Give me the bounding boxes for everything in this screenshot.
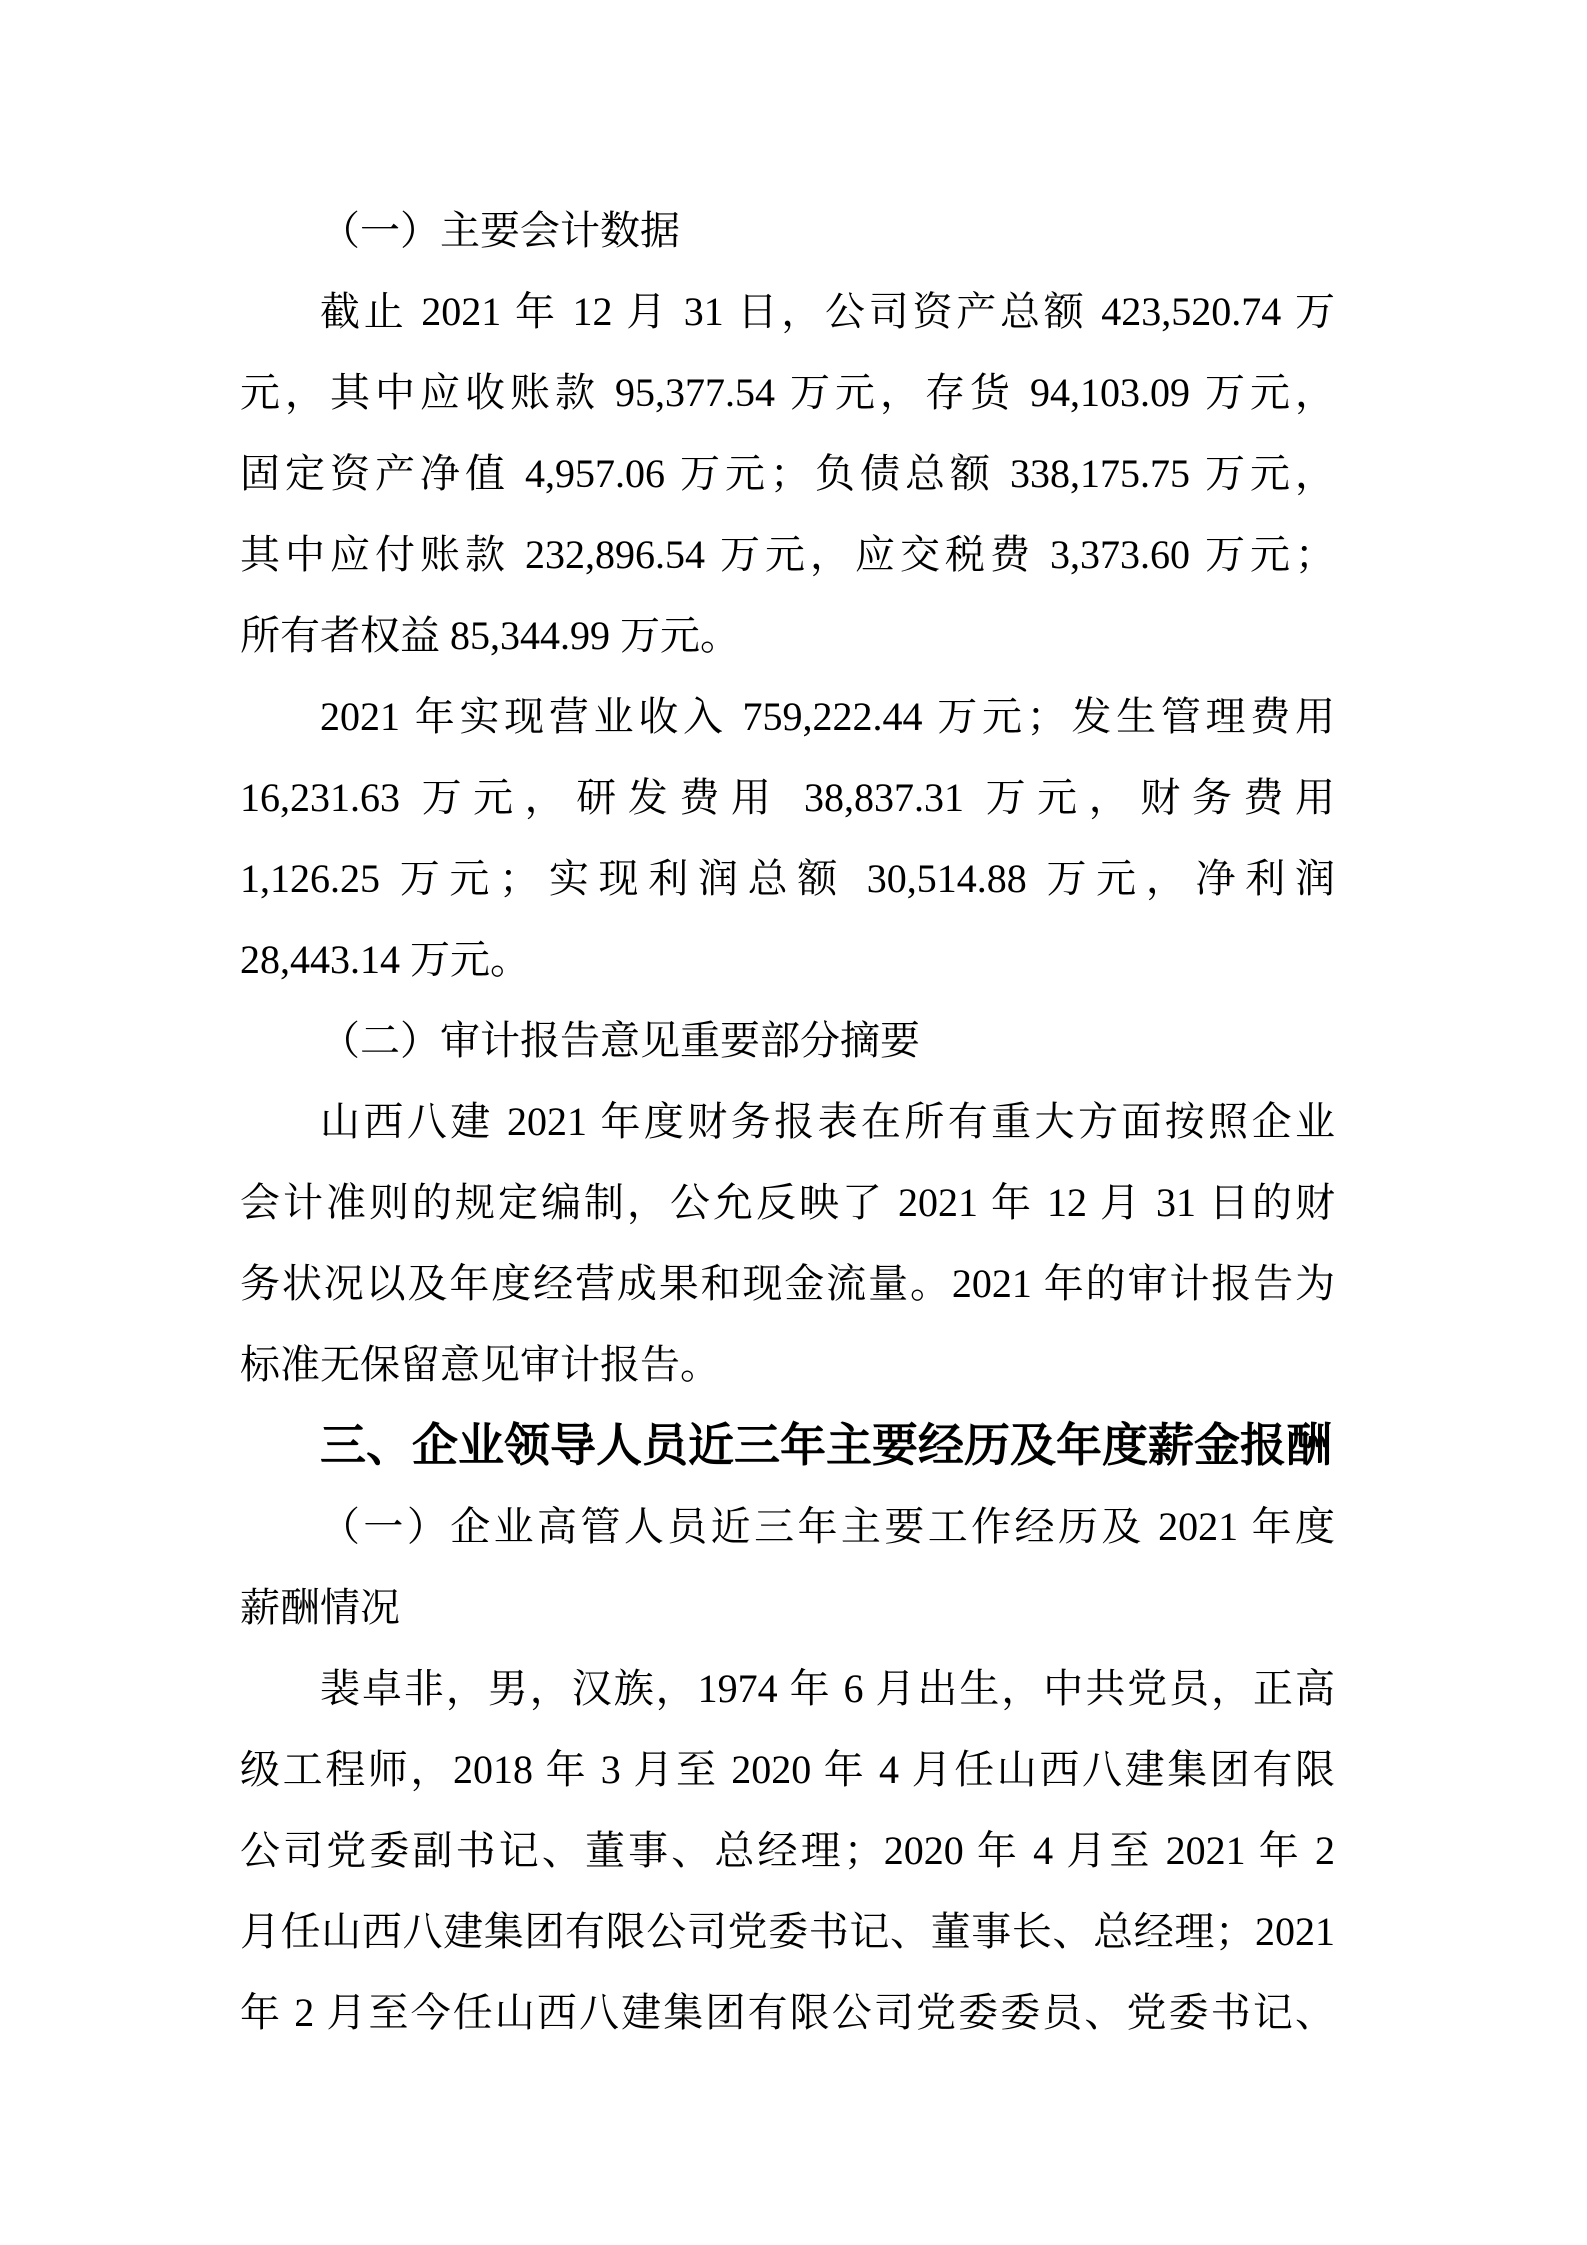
text-line: 其中应付账款 232,896.54 万元，应交税费 3,373.60 万元；: [240, 514, 1335, 595]
text-line: 薪酬情况: [240, 1567, 1335, 1648]
text-line: 所有者权益 85,344.99 万元。: [240, 595, 1335, 676]
text-line: 级工程师，2018 年 3 月至 2020 年 4 月任山西八建集团有限: [240, 1729, 1335, 1810]
text-line: 1,126.25 万元；实现利润总额 30,514.88 万元，净利润: [240, 838, 1335, 919]
text-line: 务状况以及年度经营成果和现金流量。2021 年的审计报告为: [240, 1243, 1335, 1324]
text-line: 固定资产净值 4,957.06 万元；负债总额 338,175.75 万元，: [240, 433, 1335, 514]
text-line: 16,231.63 万元，研发费用 38,837.31 万元，财务费用: [240, 757, 1335, 838]
document-body: （一）主要会计数据截止 2021 年 12 月 31 日，公司资产总额 423,…: [240, 190, 1335, 2053]
text-line: 28,443.14 万元。: [240, 919, 1335, 1000]
text-line: 标准无保留意见审计报告。: [240, 1324, 1335, 1405]
text-line: （一）企业高管人员近三年主要工作经历及 2021 年度: [240, 1486, 1335, 1567]
section-heading: 三、企业领导人员近三年主要经历及年度薪金报酬: [240, 1405, 1335, 1486]
text-line: 裴卓非，男，汉族，1974 年 6 月出生，中共党员，正高: [240, 1648, 1335, 1729]
text-line: 2021 年实现营业收入 759,222.44 万元；发生管理费用: [240, 676, 1335, 757]
sub-heading: （二）审计报告意见重要部分摘要: [240, 1000, 1335, 1081]
text-line: 会计准则的规定编制，公允反映了 2021 年 12 月 31 日的财: [240, 1162, 1335, 1243]
text-line: 年 2 月至今任山西八建集团有限公司党委委员、党委书记、: [240, 1972, 1335, 2053]
sub-heading: （一）主要会计数据: [240, 190, 1335, 271]
text-line: 公司党委副书记、董事、总经理；2020 年 4 月至 2021 年 2: [240, 1810, 1335, 1891]
text-line: 截止 2021 年 12 月 31 日，公司资产总额 423,520.74 万: [240, 271, 1335, 352]
text-line: 元，其中应收账款 95,377.54 万元，存货 94,103.09 万元，: [240, 352, 1335, 433]
text-line: 月任山西八建集团有限公司党委书记、董事长、总经理；2021: [240, 1891, 1335, 1972]
document-page: （一）主要会计数据截止 2021 年 12 月 31 日，公司资产总额 423,…: [0, 0, 1587, 2245]
text-line: 山西八建 2021 年度财务报表在所有重大方面按照企业: [240, 1081, 1335, 1162]
